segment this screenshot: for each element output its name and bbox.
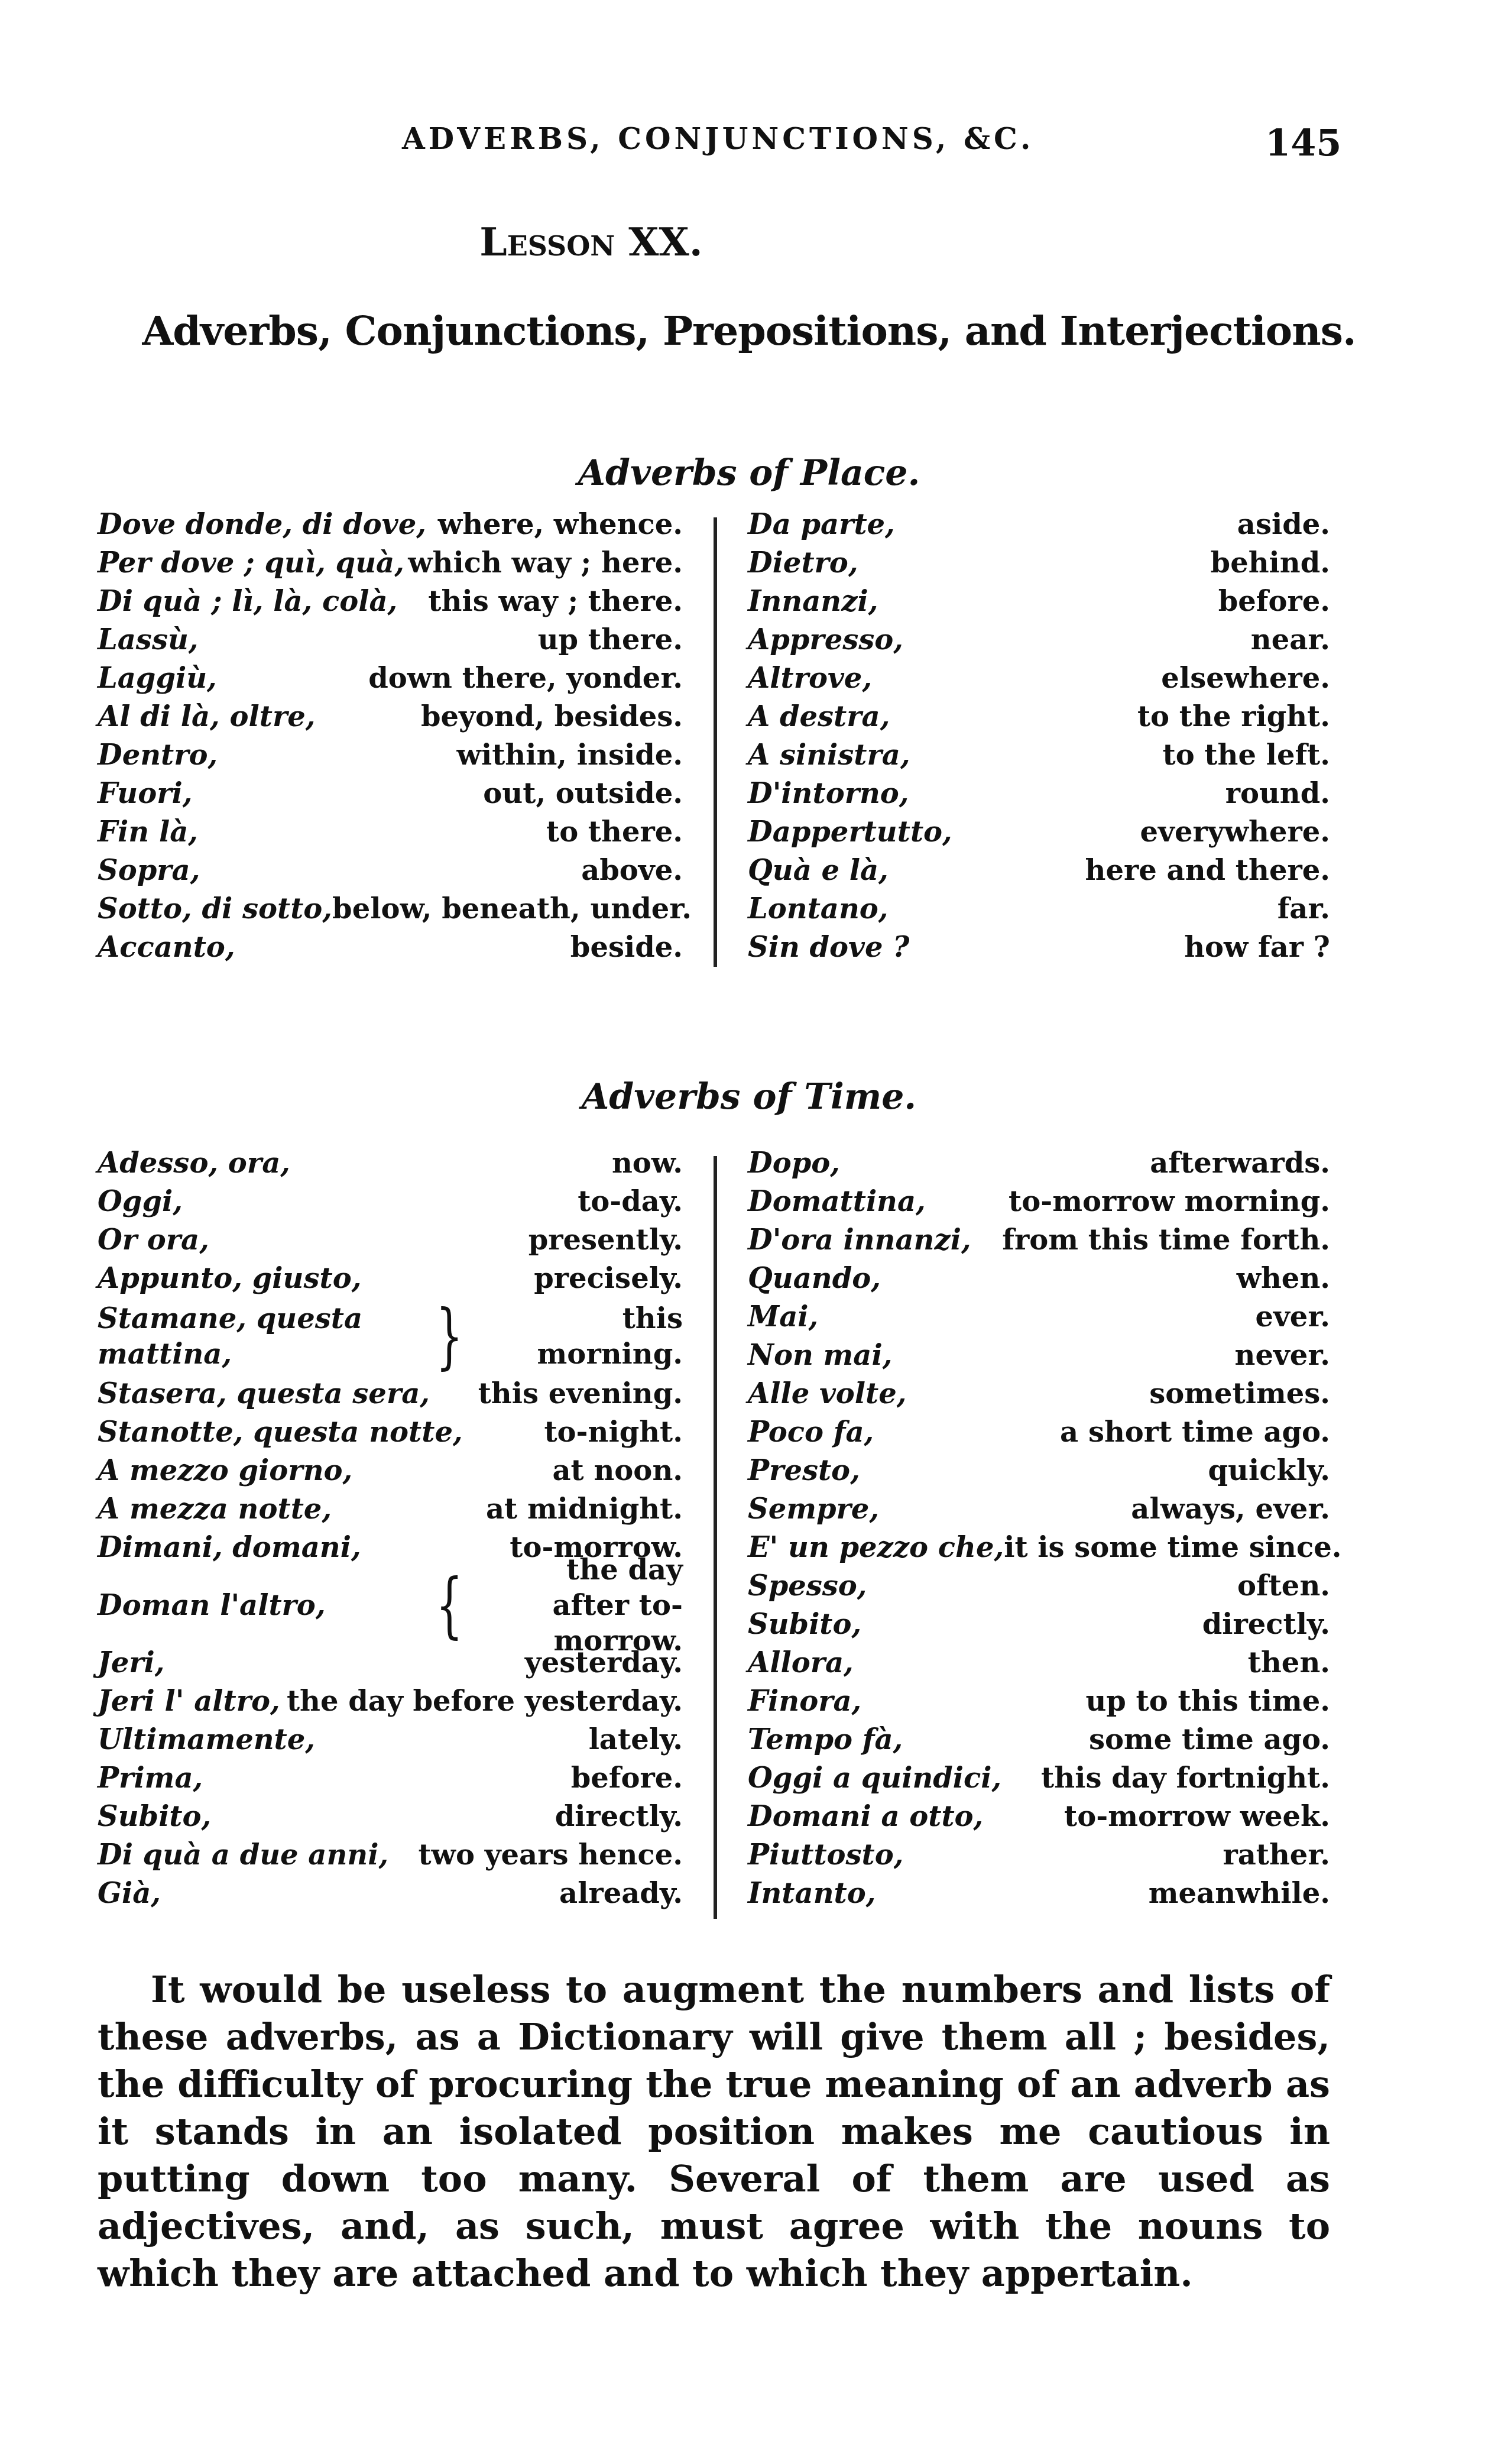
english-meaning: to the right. (1137, 698, 1330, 736)
english-meaning: this morning. (494, 1301, 683, 1372)
english-meaning: out, outside. (483, 775, 683, 813)
vocab-row: Sin dove ?how far ? (748, 928, 1330, 967)
vocab-row: Dopo,afterwards. (748, 1144, 1330, 1183)
italian-term: E' un pezzo che, (748, 1529, 1004, 1567)
column-divider (714, 1156, 717, 1919)
vocab-row: Subito,directly. (98, 1798, 683, 1836)
italian-term: Quà e là, (748, 851, 889, 890)
english-meaning: aside. (1237, 506, 1330, 544)
vocab-row: A sinistra,to the left. (748, 736, 1330, 775)
vocab-row: Non mai,never. (748, 1336, 1330, 1375)
vocab-row: Jeri l' altro,the day before yesterday. (98, 1682, 683, 1721)
english-meaning: far. (1277, 890, 1330, 928)
english-meaning: beyond, besides. (421, 698, 683, 736)
vocab-row: Appresso,near. (748, 621, 1330, 659)
running-title: ADVERBS, CONJUNCTIONS, &C. (402, 121, 1034, 156)
english-meaning: within, inside. (457, 736, 683, 775)
vocab-row: Doman l'altro,{the day after to-morrow. (98, 1567, 683, 1644)
italian-term: Piuttosto, (748, 1836, 904, 1874)
italian-term: A mezzo giorno, (98, 1452, 352, 1490)
english-meaning: directly. (555, 1798, 683, 1836)
vocab-row: Domattina,to-morrow morning. (748, 1183, 1330, 1221)
vocab-row: Adesso, ora,now. (98, 1144, 683, 1183)
english-meaning: rather. (1223, 1836, 1330, 1874)
english-meaning: the day before yesterday. (287, 1682, 683, 1721)
italian-term: D'intorno, (748, 775, 909, 813)
italian-term: D'ora innanzi, (748, 1221, 971, 1259)
page-number: 145 (1265, 121, 1341, 164)
english-meaning: often. (1237, 1567, 1330, 1605)
english-meaning: to there. (546, 813, 683, 851)
italian-term: Doman l'altro, (98, 1588, 405, 1623)
vocab-row: Mai,ever. (748, 1298, 1330, 1336)
english-meaning: to-morrow week. (1064, 1798, 1330, 1836)
vocab-row: Fin là,to there. (98, 813, 683, 851)
italian-term: Per dove ; quì, quà, (98, 544, 404, 582)
vocab-row: Altrove,elsewhere. (748, 659, 1330, 698)
italian-term: Alle volte, (748, 1375, 907, 1413)
english-meaning: a short time ago. (1060, 1413, 1330, 1452)
vocab-row: Per dove ; quì, quà,which way ; here. (98, 544, 683, 582)
italian-term: A destra, (748, 698, 890, 736)
english-meaning: quickly. (1208, 1452, 1330, 1490)
english-meaning: to-day. (578, 1183, 683, 1221)
italian-term: Subito, (748, 1605, 861, 1644)
vocab-row: Domani a otto,to-morrow week. (748, 1798, 1330, 1836)
english-meaning: everywhere. (1140, 813, 1330, 851)
english-meaning: directly. (1202, 1605, 1330, 1644)
vocab-row: Innanzi,before. (748, 582, 1330, 621)
vocab-row: Di quà a due anni,two years hence. (98, 1836, 683, 1874)
vocab-row: Piuttosto,rather. (748, 1836, 1330, 1874)
chapter-title: Adverbs, Conjunctions, Prepositions, and… (0, 307, 1498, 355)
english-meaning: how far ? (1184, 928, 1330, 967)
vocab-row: Laggiù,down there, yonder. (98, 659, 683, 698)
english-meaning: before. (571, 1759, 683, 1798)
italian-term: Innanzi, (748, 582, 878, 621)
vocab-row: Spesso,often. (748, 1567, 1330, 1605)
italian-term: Dappertutto, (748, 813, 952, 851)
english-meaning: beside. (570, 928, 683, 967)
english-meaning: now. (612, 1144, 683, 1183)
vocab-row: Appunto, giusto,precisely. (98, 1259, 683, 1298)
english-meaning: to the left. (1162, 736, 1330, 775)
vocab-row: Stanotte, questa notte,to-night. (98, 1413, 683, 1452)
vocab-row: Jeri,yesterday. (98, 1644, 683, 1682)
italian-term: Stasera, questa sera, (98, 1375, 430, 1413)
italian-term: Di quà ; lì, là, colà, (98, 582, 397, 621)
italian-term: Fin là, (98, 813, 198, 851)
italian-term: Dietro, (748, 544, 858, 582)
vocab-row: A mezza notte,at midnight. (98, 1490, 683, 1529)
english-meaning: up to this time. (1085, 1682, 1330, 1721)
english-meaning: here and there. (1085, 851, 1330, 890)
italian-term: Sopra, (98, 851, 200, 890)
italian-term: Finora, (748, 1682, 861, 1721)
italian-term: Or ora, (98, 1221, 209, 1259)
time-left-column: Adesso, ora,now.Oggi,to-day.Or ora,prese… (98, 1144, 683, 1913)
vocab-row: A mezzo giorno,at noon. (98, 1452, 683, 1490)
english-meaning: precisely. (534, 1259, 683, 1298)
vocab-row: Dove donde, di dove,where, whence. (98, 506, 683, 544)
vocab-row: Presto,quickly. (748, 1452, 1330, 1490)
english-meaning: this day fortnight. (1041, 1759, 1330, 1798)
english-meaning: this evening. (478, 1375, 683, 1413)
place-adverbs-table: Dove donde, di dove,where, whence.Per do… (98, 506, 1330, 973)
italian-term: Al di là, oltre, (98, 698, 315, 736)
section-heading-time: Adverbs of Time. (0, 1076, 1498, 1118)
vocab-row: Subito,directly. (748, 1605, 1330, 1644)
time-adverbs-table: Adesso, ora,now.Oggi,to-day.Or ora,prese… (98, 1144, 1330, 1919)
italian-term: Tempo fà, (748, 1721, 903, 1759)
place-left-column: Dove donde, di dove,where, whence.Per do… (98, 506, 683, 967)
italian-term: Fuori, (98, 775, 192, 813)
italian-term: Domattina, (748, 1183, 926, 1221)
italian-term: Di quà a due anni, (98, 1836, 388, 1874)
italian-term: Già, (98, 1874, 161, 1913)
english-meaning: ever. (1255, 1298, 1330, 1336)
english-meaning: which way ; here. (408, 544, 683, 582)
english-meaning: below, beneath, under. (332, 890, 692, 928)
italian-term: Sotto, di sotto, (98, 890, 332, 928)
english-meaning: presently. (528, 1221, 683, 1259)
italian-term: Oggi a quindici, (748, 1759, 1001, 1798)
italian-term: Lontano, (748, 890, 889, 928)
english-meaning: the day after to-morrow. (494, 1552, 683, 1659)
vocab-row: Sempre,always, ever. (748, 1490, 1330, 1529)
column-divider (714, 517, 717, 967)
italian-term: Stamane, questa mattina, (98, 1301, 405, 1372)
brace-symbol: } (436, 1298, 463, 1375)
english-meaning: to-night. (544, 1413, 683, 1452)
vocab-row: D'ora innanzi,from this time forth. (748, 1221, 1330, 1259)
italian-term: Dopo, (748, 1144, 840, 1183)
english-meaning: before. (1218, 582, 1330, 621)
vocab-row: Allora,then. (748, 1644, 1330, 1682)
english-meaning: when. (1237, 1259, 1330, 1298)
english-meaning: lately. (589, 1721, 683, 1759)
vocab-row: Oggi,to-day. (98, 1183, 683, 1221)
english-meaning: up there. (538, 621, 683, 659)
english-meaning: round. (1225, 775, 1330, 813)
vocab-row: Prima,before. (98, 1759, 683, 1798)
running-header: ADVERBS, CONJUNCTIONS, &C. 145 (0, 121, 1498, 163)
english-meaning: always, ever. (1131, 1490, 1330, 1529)
vocab-row: Intanto,meanwhile. (748, 1874, 1330, 1913)
italian-term: Adesso, ora, (98, 1144, 290, 1183)
vocab-row: Al di là, oltre,beyond, besides. (98, 698, 683, 736)
english-meaning: elsewhere. (1161, 659, 1330, 698)
english-meaning: this way ; there. (428, 582, 683, 621)
vocab-row: Quà e là,here and there. (748, 851, 1330, 890)
english-meaning: where, whence. (438, 506, 683, 544)
section-heading-place: Adverbs of Place. (0, 452, 1498, 494)
italian-term: Dimani, domani, (98, 1529, 361, 1567)
english-meaning: to-morrow morning. (1009, 1183, 1330, 1221)
vocab-row: Accanto,beside. (98, 928, 683, 967)
english-meaning: then. (1248, 1644, 1330, 1682)
italian-term: Altrove, (748, 659, 872, 698)
italian-term: Dentro, (98, 736, 218, 775)
italian-term: Jeri, (98, 1644, 164, 1682)
italian-term: Non mai, (748, 1336, 892, 1375)
english-meaning: sometimes. (1149, 1375, 1330, 1413)
english-meaning: at midnight. (486, 1490, 683, 1529)
english-meaning: already. (559, 1874, 683, 1913)
english-meaning: down there, yonder. (368, 659, 683, 698)
english-meaning: some time ago. (1089, 1721, 1330, 1759)
vocab-row: Fuori,out, outside. (98, 775, 683, 813)
italian-term: Poco fa, (748, 1413, 874, 1452)
italian-term: Lassù, (98, 621, 199, 659)
italian-term: Prima, (98, 1759, 203, 1798)
italian-term: Mai, (748, 1298, 818, 1336)
vocab-row: Oggi a quindici,this day fortnight. (748, 1759, 1330, 1798)
vocab-row: Lassù,up there. (98, 621, 683, 659)
vocab-row: Da parte,aside. (748, 506, 1330, 544)
italian-term: Stanotte, questa notte, (98, 1413, 463, 1452)
italian-term: Allora, (748, 1644, 854, 1682)
english-meaning: afterwards. (1150, 1144, 1330, 1183)
italian-term: A sinistra, (748, 736, 910, 775)
italian-term: Appunto, giusto, (98, 1259, 361, 1298)
vocab-row: Or ora,presently. (98, 1221, 683, 1259)
italian-term: Intanto, (748, 1874, 876, 1913)
brace-symbol: { (436, 1567, 463, 1644)
vocab-row: Sotto, di sotto,below, beneath, under. (98, 890, 683, 928)
closing-paragraph: It would be useless to augment the numbe… (98, 1966, 1330, 2297)
place-right-column: Da parte,aside.Dietro,behind.Innanzi,bef… (748, 506, 1330, 967)
vocab-row: Stasera, questa sera,this evening. (98, 1375, 683, 1413)
english-meaning: at noon. (552, 1452, 683, 1490)
italian-term: Jeri l' altro, (98, 1682, 280, 1721)
vocab-row: Ultimamente,lately. (98, 1721, 683, 1759)
vocab-row: Alle volte,sometimes. (748, 1375, 1330, 1413)
vocab-row: Già,already. (98, 1874, 683, 1913)
italian-term: A mezza notte, (98, 1490, 332, 1529)
italian-term: Presto, (748, 1452, 860, 1490)
english-meaning: two years hence. (418, 1836, 683, 1874)
english-meaning: yesterday. (525, 1644, 683, 1682)
vocab-row: Tempo fà,some time ago. (748, 1721, 1330, 1759)
italian-term: Oggi, (98, 1183, 183, 1221)
english-meaning: from this time forth. (1002, 1221, 1330, 1259)
english-meaning: behind. (1211, 544, 1330, 582)
italian-term: Da parte, (748, 506, 895, 544)
italian-term: Sin dove ? (748, 928, 909, 967)
vocab-row: Sopra,above. (98, 851, 683, 890)
vocab-row: D'intorno,round. (748, 775, 1330, 813)
vocab-row: Dappertutto,everywhere. (748, 813, 1330, 851)
english-meaning: never. (1235, 1336, 1330, 1375)
italian-term: Domani a otto, (748, 1798, 983, 1836)
italian-term: Spesso, (748, 1567, 867, 1605)
vocab-row: Lontano,far. (748, 890, 1330, 928)
italian-term: Accanto, (98, 928, 235, 967)
english-meaning: meanwhile. (1149, 1874, 1330, 1913)
italian-term: Quando, (748, 1259, 881, 1298)
italian-term: Dove donde, di dove, (98, 506, 426, 544)
italian-term: Subito, (98, 1798, 211, 1836)
italian-term: Appresso, (748, 621, 903, 659)
english-meaning: near. (1251, 621, 1330, 659)
time-right-column: Dopo,afterwards.Domattina,to-morrow morn… (748, 1144, 1330, 1913)
vocab-row: Di quà ; lì, là, colà,this way ; there. (98, 582, 683, 621)
italian-term: Laggiù, (98, 659, 217, 698)
vocab-row: Quando,when. (748, 1259, 1330, 1298)
vocab-row: E' un pezzo che,it is some time since. (748, 1529, 1330, 1567)
vocab-row: A destra,to the right. (748, 698, 1330, 736)
vocab-row: Dietro,behind. (748, 544, 1330, 582)
italian-term: Ultimamente, (98, 1721, 315, 1759)
english-meaning: above. (581, 851, 683, 890)
italian-term: Sempre, (748, 1490, 879, 1529)
vocab-row: Stamane, questa mattina,}this morning. (98, 1298, 683, 1375)
vocab-row: Finora,up to this time. (748, 1682, 1330, 1721)
vocab-row: Poco fa,a short time ago. (748, 1413, 1330, 1452)
english-meaning: it is some time since. (1004, 1529, 1341, 1567)
vocab-row: Dentro,within, inside. (98, 736, 683, 775)
lesson-number: Lesson XX. (0, 219, 1182, 265)
